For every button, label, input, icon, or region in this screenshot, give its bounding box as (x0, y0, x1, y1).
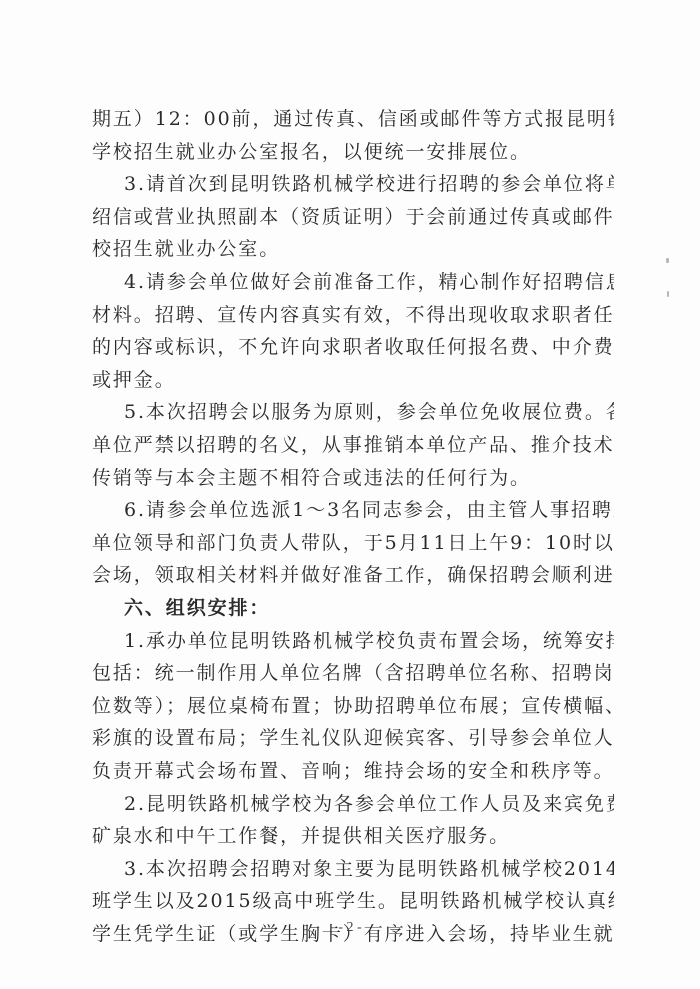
text-line: 位数等）；展位桌椅布置；协助招聘单位布展；宣传横幅、气模、 (92, 691, 614, 721)
text-line: 的内容或标识，不允许向求职者收取任何报名费、中介费等费用 (92, 332, 614, 362)
text-line: 绍信或营业执照副本（资质证明）于会前通过传真或邮件传至学 (92, 202, 614, 232)
document-page: 期五）12：00前，通过传真、信函或邮件等方式报昆明铁路机械 学校招生就业办公室… (0, 0, 700, 989)
text-line: 单位严禁以招聘的名义，从事推销本单位产品、推介技术成果或 (92, 430, 614, 460)
page-number: - 2 - (0, 920, 700, 936)
text-line: 负责开幕式会场布置、音响；维持会场的安全和秩序等。 (92, 756, 614, 786)
text-line: 班学生以及2015级高中班学生。昆明铁路机械学校认真组织应聘 (92, 886, 614, 916)
text-line: 6.请参会单位选派1～3名同志参会，由主管人事招聘工作的 (124, 495, 614, 525)
section-heading: 六、组织安排： (124, 593, 324, 623)
scan-speck (667, 291, 669, 297)
scan-speck (666, 258, 669, 263)
text-line: 包括：统一制作用人单位名牌（含招聘单位名称、招聘岗位，岗 (92, 658, 614, 688)
text-line: 2.昆明铁路机械学校为各参会单位工作人员及来宾免费提供 (124, 789, 614, 819)
text-line: 3.本次招聘会招聘对象主要为昆明铁路机械学校2014级初中 (124, 854, 614, 884)
text-line: 单位领导和部门负责人带队，于5月11日上午9：10时以前到达 (92, 528, 614, 558)
text-line: 期五）12：00前，通过传真、信函或邮件等方式报昆明铁路机械 (92, 104, 614, 134)
text-line: 或押金。 (92, 365, 614, 395)
text-line: 矿泉水和中午工作餐，并提供相关医疗服务。 (92, 821, 614, 851)
text-line: 材料。招聘、宣传内容真实有效，不得出现收取求职者任何费用 (92, 300, 614, 330)
text-line: 学校招生就业办公室报名，以便统一安排展位。 (92, 137, 614, 167)
text-line: 4.请参会单位做好会前准备工作，精心制作好招聘信息宣传 (124, 267, 614, 297)
text-line: 5.本次招聘会以服务为原则，参会单位免收展位费。各参会 (124, 397, 614, 427)
text-line: 彩旗的设置布局；学生礼仪队迎候宾客、引导参会单位人员入场； (92, 723, 614, 753)
text-line: 1.承办单位昆明铁路机械学校负责布置会场，统筹安排布展， (124, 626, 614, 656)
text-line: 3.请首次到昆明铁路机械学校进行招聘的参会单位将单位介 (124, 169, 614, 199)
text-line: 校招生就业办公室。 (92, 234, 614, 264)
text-line: 传销等与本会主题不相符合或违法的任何行为。 (92, 463, 614, 493)
text-line: 会场，领取相关材料并做好准备工作，确保招聘会顺利进行。 (92, 560, 614, 590)
